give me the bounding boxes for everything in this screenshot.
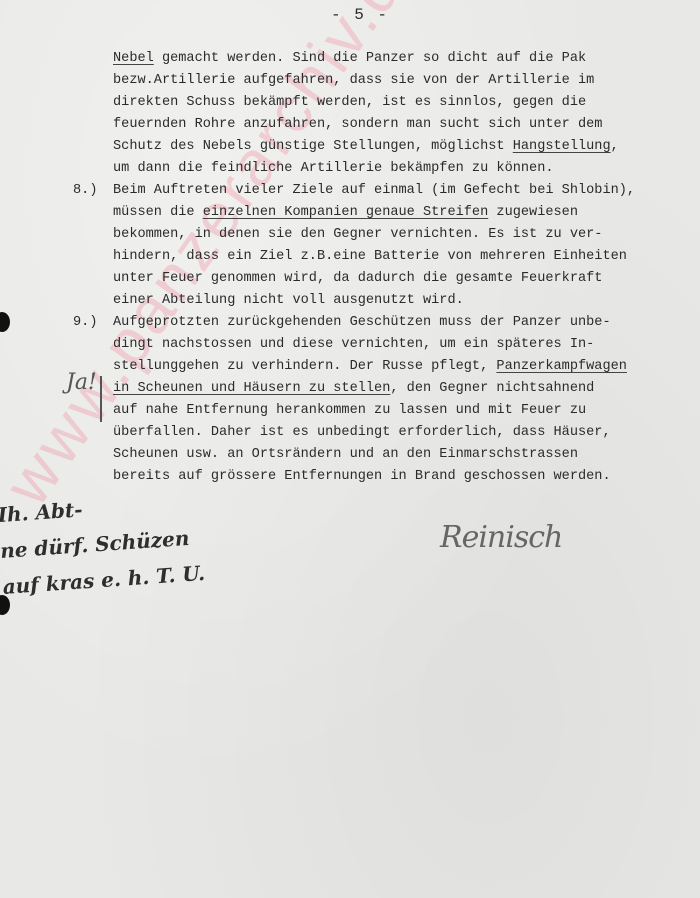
text-segment: überfallen. Daher ist es unbedingt erfor… [113, 425, 611, 440]
document-page: www.panzerarchiv.de - 5 - Nebel gemacht … [0, 0, 700, 898]
text-segment: Schutz des Nebels günstige Stellungen, m… [113, 139, 513, 154]
text-line: bereits auf grössere Entfernungen in Bra… [113, 466, 693, 488]
underlined-phrase: einzelnen Kompanien genaue Streifen [203, 205, 489, 220]
text-line: unter Feuer genommen wird, da dadurch di… [113, 268, 693, 290]
underlined-phrase: in Scheunen und Häusern zu stellen [113, 381, 390, 396]
text-line: einer Abteilung nicht voll ausgenutzt wi… [113, 290, 693, 312]
text-segment: Aufgeprotzten zurückgehenden Geschützen … [113, 315, 611, 330]
margin-bracket-mark [100, 376, 102, 422]
text-segment: zugewiesen [488, 205, 578, 220]
paragraph-number: 8.) [73, 180, 97, 202]
handwritten-margin-note: Ih. Abt-ne dürf. Schüzenauf kras e. h. T… [0, 483, 206, 605]
typed-body-text: Nebel gemacht werden. Sind die Panzer so… [113, 48, 693, 488]
text-segment: direkten Schuss bekämpft werden, ist es … [113, 95, 586, 110]
text-segment: einer Abteilung nicht voll ausgenutzt wi… [113, 293, 464, 308]
signature: Reinisch [440, 520, 562, 555]
text-line: müssen die einzelnen Kompanien genaue St… [113, 202, 693, 224]
text-line: um dann die feindliche Artillerie bekämp… [113, 158, 693, 180]
text-line: hindern, dass ein Ziel z.B.eine Batterie… [113, 246, 693, 268]
text-segment: dingt nachstossen und diese vernichten, … [113, 337, 594, 352]
text-segment: bereits auf grössere Entfernungen in Bra… [113, 469, 611, 484]
text-segment: bekommen, in denen sie den Gegner vernic… [113, 227, 602, 242]
text-segment: Beim Auftreten vieler Ziele auf einmal (… [113, 183, 635, 198]
page-number: - 5 - [0, 6, 700, 24]
text-line: in Scheunen und Häusern zu stellen, den … [113, 378, 693, 400]
text-segment: auf nahe Entfernung herankommen zu lasse… [113, 403, 586, 418]
underlined-phrase: Nebel [113, 51, 154, 66]
underlined-phrase: Panzerkampfwagen [496, 359, 627, 374]
text-line: dingt nachstossen und diese vernichten, … [113, 334, 693, 356]
text-line: überfallen. Daher ist es unbedingt erfor… [113, 422, 693, 444]
text-segment: müssen die [113, 205, 203, 220]
text-segment: hindern, dass ein Ziel z.B.eine Batterie… [113, 249, 627, 264]
punch-hole [0, 312, 10, 332]
text-line: bezw.Artillerie aufgefahren, dass sie vo… [113, 70, 693, 92]
text-line: auf nahe Entfernung herankommen zu lasse… [113, 400, 693, 422]
text-line: 8.)Beim Auftreten vieler Ziele auf einma… [113, 180, 693, 202]
text-segment: , [611, 139, 619, 154]
margin-note-ja: Ja! [66, 370, 97, 395]
text-segment: bezw.Artillerie aufgefahren, dass sie vo… [113, 73, 594, 88]
text-line: feuernden Rohre anzufahren, sondern man … [113, 114, 693, 136]
text-line: bekommen, in denen sie den Gegner vernic… [113, 224, 693, 246]
underlined-phrase: Hangstellung [513, 139, 611, 154]
text-line: 9.)Aufgeprotzten zurückgehenden Geschütz… [113, 312, 693, 334]
text-segment: unter Feuer genommen wird, da dadurch di… [113, 271, 602, 286]
text-segment: Scheunen usw. an Ortsrändern und an den … [113, 447, 578, 462]
text-line: direkten Schuss bekämpft werden, ist es … [113, 92, 693, 114]
paragraph-number: 9.) [73, 312, 97, 334]
text-segment: gemacht werden. Sind die Panzer so dicht… [154, 51, 586, 66]
text-line: Scheunen usw. an Ortsrändern und an den … [113, 444, 693, 466]
text-segment: stellunggehen zu verhindern. Der Russe p… [113, 359, 496, 374]
text-segment: , den Gegner nichtsahnend [390, 381, 594, 396]
text-segment: um dann die feindliche Artillerie bekämp… [113, 161, 554, 176]
text-line: Schutz des Nebels günstige Stellungen, m… [113, 136, 693, 158]
text-segment: feuernden Rohre anzufahren, sondern man … [113, 117, 602, 132]
text-line: Nebel gemacht werden. Sind die Panzer so… [113, 48, 693, 70]
text-line: stellunggehen zu verhindern. Der Russe p… [113, 356, 693, 378]
